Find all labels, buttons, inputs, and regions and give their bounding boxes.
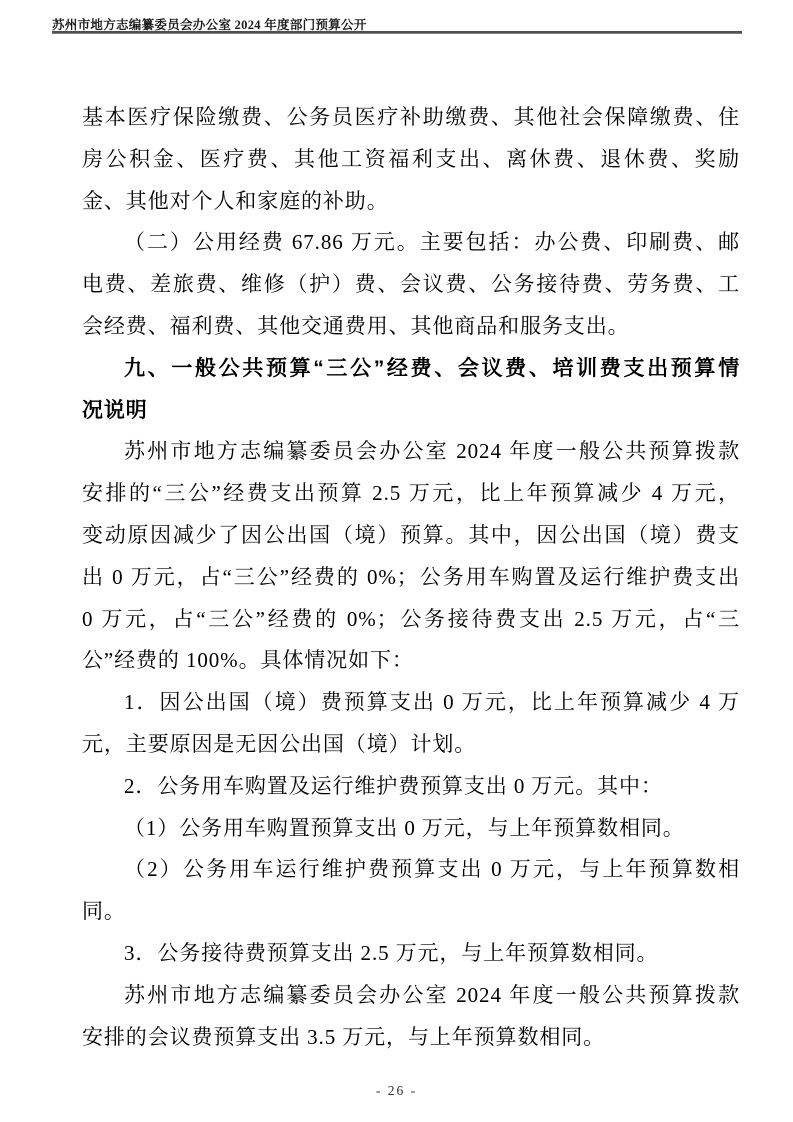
text-line: 0 万元，占“三公”经费的 0%；公务接待费支出 2.5 万元，占“三: [82, 599, 740, 641]
text-line: 苏州市地方志编纂委员会办公室 2024 年度一般公共预算拨款: [82, 431, 740, 473]
text-line: 元，主要原因是无因公出国（境）计划。: [82, 724, 740, 766]
page-footer: - 26 -: [0, 1082, 793, 1100]
text-line: 同。: [82, 891, 740, 933]
text-line: （1）公务用车购置预算支出 0 万元，与上年预算数相同。: [82, 808, 740, 850]
text-line: 房公积金、医疗费、其他工资福利支出、离休费、退休费、奖励: [82, 139, 740, 181]
section-heading-line: 九、一般公共预算“三公”经费、会议费、培训费支出预算情: [82, 348, 740, 390]
text-line: 会经费、福利费、其他交通费用、其他商品和服务支出。: [82, 306, 740, 348]
header-rule: [52, 31, 742, 34]
text-line: 基本医疗保险缴费、公务员医疗补助缴费、其他社会保障缴费、住: [82, 97, 740, 139]
text-line: 公”经费的 100%。具体情况如下：: [82, 640, 740, 682]
text-line: 金、其他对个人和家庭的补助。: [82, 181, 740, 223]
text-line: 变动原因减少了因公出国（境）预算。其中，因公出国（境）费支: [82, 515, 740, 557]
text-line: 电费、差旅费、维修（护）费、会议费、公务接待费、劳务费、工: [82, 264, 740, 306]
text-line: 出 0 万元，占“三公”经费的 0%；公务用车购置及运行维护费支出: [82, 557, 740, 599]
text-line: 苏州市地方志编纂委员会办公室 2024 年度一般公共预算拨款: [82, 975, 740, 1017]
text-line: 2．公务用车购置及运行维护费预算支出 0 万元。其中：: [82, 766, 740, 808]
text-line: 1．因公出国（境）费预算支出 0 万元，比上年预算减少 4 万: [82, 682, 740, 724]
document-body: 基本医疗保险缴费、公务员医疗补助缴费、其他社会保障缴费、住房公积金、医疗费、其他…: [82, 97, 740, 1058]
text-line: （2）公务用车运行维护费预算支出 0 万元，与上年预算数相: [82, 849, 740, 891]
text-line: 安排的“三公”经费支出预算 2.5 万元，比上年预算减少 4 万元，: [82, 473, 740, 515]
text-line: 安排的会议费预算支出 3.5 万元，与上年预算数相同。: [82, 1017, 740, 1059]
page-number: - 26 -: [376, 1083, 417, 1098]
text-line: 3．公务接待费预算支出 2.5 万元，与上年预算数相同。: [82, 933, 740, 975]
text-line: （二）公用经费 67.86 万元。主要包括：办公费、印刷费、邮: [82, 222, 740, 264]
section-heading-line: 况说明: [82, 390, 740, 432]
